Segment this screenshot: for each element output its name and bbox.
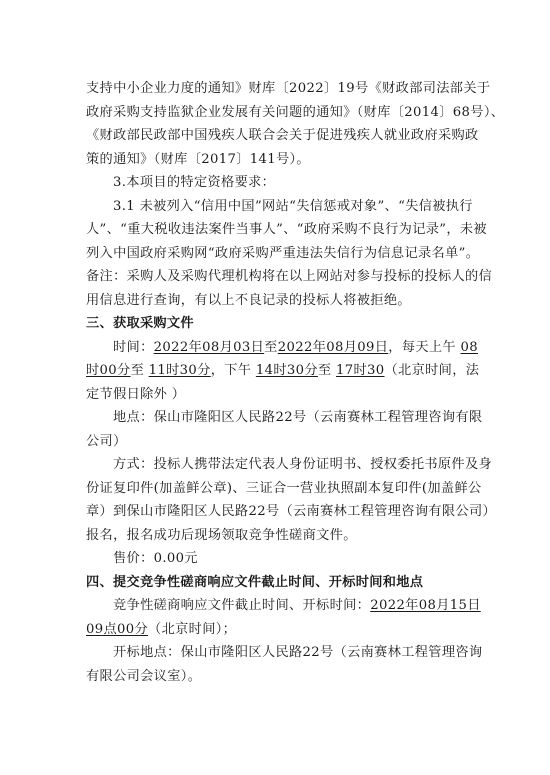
method-line: 报名，报名成功后现场领取竞争性磋商文件。 [86,524,460,548]
am-start-rest: 时00分 [86,363,131,378]
deadline-label: 竞争性磋商响应文件截止时间、开标时间： [113,598,370,613]
open-location-line: 有限公司会议室）。 [86,665,460,689]
pm-end: 17时30 [336,363,385,378]
section-heading-submit: 四、提交竞争性磋商响应文件截止时间、开标时间和地点 [86,571,460,595]
text-line: 《财政部民政部中国残疾人联合会关于促进残疾人就业政府采购政 [86,124,460,148]
open-location-line: 开标地点：保山市隆阳区人民路22号（云南赛林工程管理咨询 [86,641,460,665]
method-line: 方式：投标人携带法定代表人身份证明书、授权委托书原件及身 [86,453,460,477]
deadline-date: 2022年08月15日 [370,598,481,613]
note-line: 备注：采购人及采购代理机构将在以上网站对参与投标的投标人的信 [86,265,460,289]
daily-am-text: ，每天上午 [388,340,456,355]
time-line-1: 时间：2022年08月03日至2022年08月09日，每天上午 08 [86,336,460,360]
pm-label: ，下午 [211,363,252,378]
start-date: 2022年08月03日 [154,340,265,355]
deadline-line-2: 09点00分（北京时间）； [86,618,460,642]
end-date: 2022年08月09日 [278,340,389,355]
price-line: 售价：0.00元 [86,547,460,571]
to-text: 至 [264,340,278,355]
document-body: 支持中小企业力度的通知》财库〔2022〕19号《财政部司法部关于 政府采购支持监… [86,77,460,688]
to-text: 至 [318,363,332,378]
to-text: 至 [131,363,145,378]
text-line: 列入中国政府采购网“政府采购严重违法失信行为信息记录名单”。 [86,242,460,266]
method-line: 章）到保山市隆阳区人民路22号（云南赛林工程管理咨询有限公司） [86,500,460,524]
time-line-2: 时00分至 11时30分，下午 14时30分至 17时30（北京时间，法 [86,359,460,383]
method-line: 份证复印件(加盖鲜公章)、三证合一营业执照副本复印件(加盖鲜公 [86,477,460,501]
location-line: 公司） [86,430,460,454]
am-end: 11时30分 [149,363,211,378]
subsection-title: 3.本项目的特定资格要求： [86,171,460,195]
deadline-time: 09点00分 [86,622,148,637]
text-line: 策的通知》（财库〔2017〕141号）。 [86,148,460,172]
document-page: 支持中小企业力度的通知》财库〔2022〕19号《财政部司法部关于 政府采购支持监… [0,0,550,775]
text-line: 3.1 未被列入“信用中国”网站“失信惩戒对象”、“失信被执行 [86,195,460,219]
section-heading-get-docs: 三、获取采购文件 [86,312,460,336]
deadline-line-1: 竞争性磋商响应文件截止时间、开标时间：2022年08月15日 [86,594,460,618]
timezone-text: （北京时间，法 [385,363,480,378]
note-line: 用信息进行查询，有以上不良记录的投标人将被拒绝。 [86,289,460,313]
am-start-hour: 08 [461,340,478,355]
time-label: 时间： [113,340,154,355]
text-line: 政府采购支持监狱企业发展有关问题的通知》（财库〔2014〕68号）、 [86,101,460,125]
pm-start: 14时30分 [256,363,318,378]
location-line: 地点：保山市隆阳区人民路22号（云南赛林工程管理咨询有限 [86,406,460,430]
text-line: 支持中小企业力度的通知》财库〔2022〕19号《财政部司法部关于 [86,77,460,101]
time-line-3: 定节假日除外 ） [86,383,460,407]
deadline-timezone: （北京时间）； [148,622,236,637]
text-line: 人”、“重大税收违法案件当事人”、“政府采购不良行为记录”，未被 [86,218,460,242]
